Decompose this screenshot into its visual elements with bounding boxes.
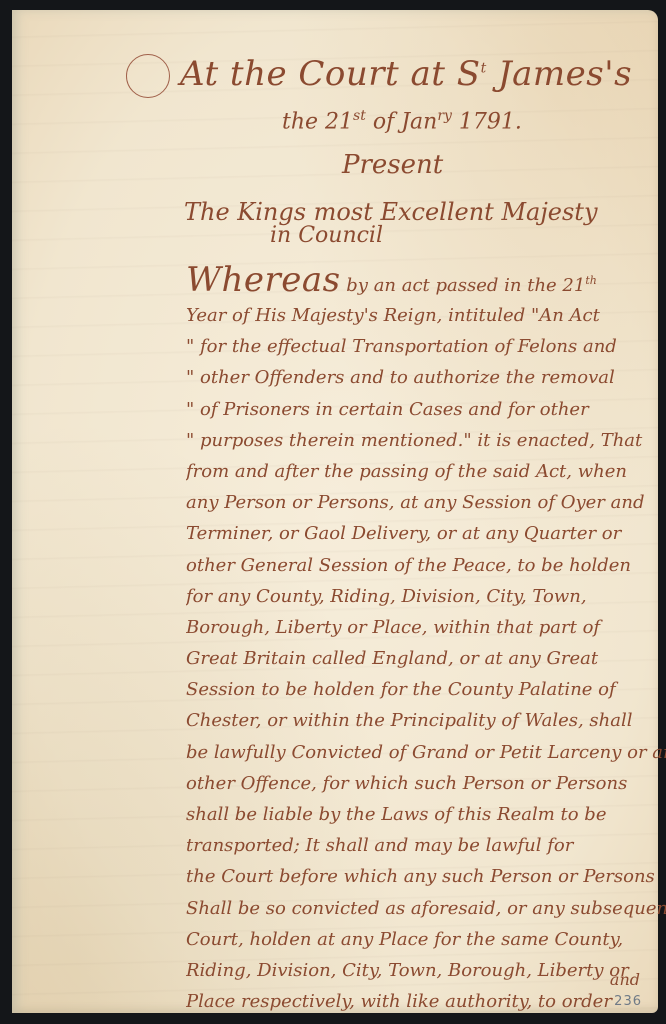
body-line: transported; It shall and may be lawful … (186, 830, 666, 861)
date-day: the 21 (282, 109, 353, 134)
body-line: be lawfully Convicted of Grand or Petit … (186, 737, 666, 768)
body-line-first: Whereas by an act passed in the 21th (186, 260, 666, 300)
body-line: other General Session of the Peace, to b… (186, 550, 666, 581)
heading-text-end: James's (487, 54, 632, 94)
first-line-text: by an act passed in the 21 (341, 275, 586, 296)
body-line: " other Offenders and to authorize the r… (186, 362, 666, 393)
presence-line-1: The Kings most Excellent Majesty (184, 198, 598, 226)
body-line: any Person or Persons, at any Session of… (186, 487, 666, 518)
present-label: Present (342, 150, 443, 180)
flourish-ornament-icon (126, 54, 170, 98)
document-heading: At the Court at St James's (180, 54, 632, 94)
document-date: the 21st of Janry 1791. (282, 108, 522, 134)
body-line: from and after the passing of the said A… (186, 456, 666, 487)
document-viewer: At the Court at St James's the 21st of J… (0, 0, 666, 1024)
catchword: and (610, 970, 640, 989)
body-line: Session to be holden for the County Pala… (186, 674, 666, 705)
manuscript-page: At the Court at St James's the 21st of J… (12, 10, 658, 1013)
date-month: of Jan (366, 109, 437, 134)
body-line: " for the effectual Transportation of Fe… (186, 331, 666, 362)
body-line: Court, holden at any Place for the same … (186, 924, 666, 955)
body-line: " purposes therein mentioned." it is ena… (186, 425, 666, 456)
body-line: Terminer, or Gaol Delivery, or at any Qu… (186, 518, 666, 549)
heading-text: At the Court at S (180, 54, 481, 94)
date-year: 1791. (452, 109, 522, 134)
body-line: the Court before which any such Person o… (186, 861, 666, 892)
body-line: shall be liable by the Laws of this Real… (186, 799, 666, 830)
body-line: Place respectively, with like authority,… (186, 986, 666, 1017)
whereas-dropword: Whereas (186, 260, 341, 300)
body-line: Great Britain called England, or at any … (186, 643, 666, 674)
body-line: Year of His Majesty's Reign, intituled "… (186, 300, 666, 331)
body-line: for any County, Riding, Division, City, … (186, 581, 666, 612)
body-line: Chester, or within the Principality of W… (186, 705, 666, 736)
date-day-suffix: st (353, 108, 366, 124)
body-line: " of Prisoners in certain Cases and for … (186, 394, 666, 425)
body-line: Riding, Division, City, Town, Borough, L… (186, 955, 666, 986)
presence-line-2: in Council (270, 223, 383, 248)
body-line: other Offence, for which such Person or … (186, 768, 666, 799)
date-month-suffix: ry (437, 108, 452, 124)
order-body: Whereas by an act passed in the 21th Yea… (186, 260, 666, 1017)
body-line: Shall be so convicted as aforesaid, or a… (186, 893, 666, 924)
first-line-superscript: th (585, 274, 597, 287)
folio-number: 236 (614, 994, 642, 1009)
body-line: Borough, Liberty or Place, within that p… (186, 612, 666, 643)
